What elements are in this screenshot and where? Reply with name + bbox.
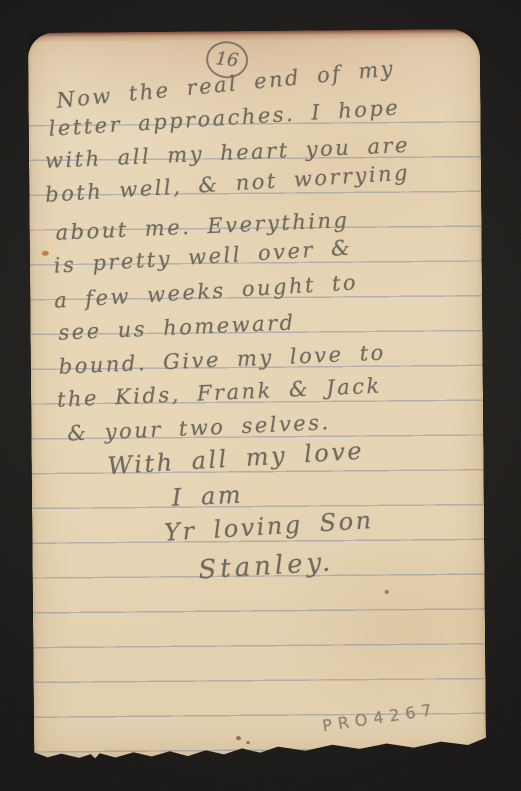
page-number: 16: [215, 48, 240, 71]
paper-stain: [385, 590, 389, 594]
paper-stain: [246, 741, 250, 744]
paper-stain: [236, 736, 241, 740]
page-top-edge-tint: [28, 29, 480, 43]
letter-page: 16 Now the real end of my letter approac…: [28, 29, 486, 759]
scanned-photo: 16 Now the real end of my letter approac…: [0, 0, 521, 791]
paper-stain: [42, 251, 49, 256]
handwriting-line: I am: [171, 481, 243, 512]
